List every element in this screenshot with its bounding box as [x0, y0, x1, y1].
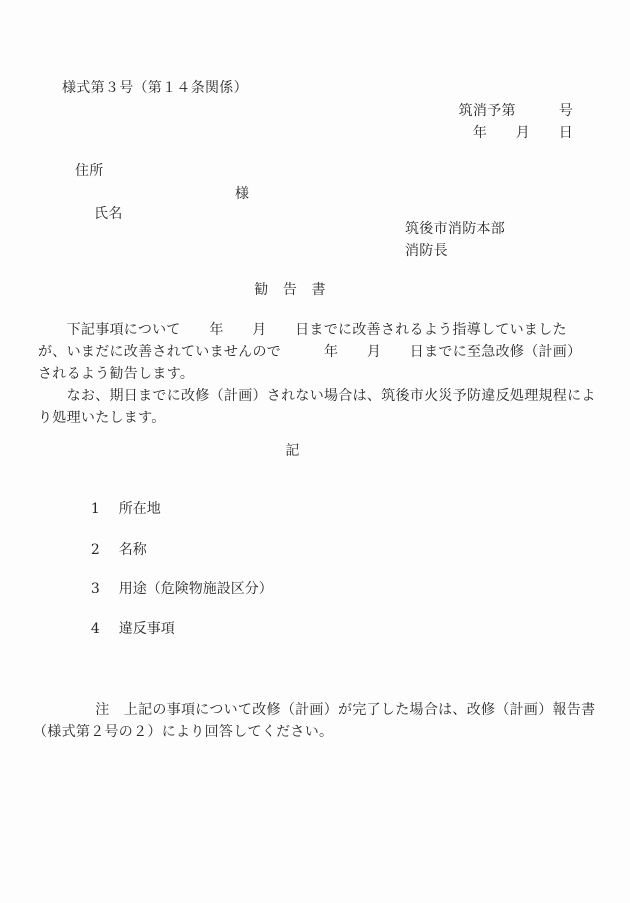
document-number-line: 筑消予第 号	[459, 101, 573, 121]
honorific-label: 様	[235, 184, 249, 204]
body-line: されるよう勧告します。	[38, 363, 598, 385]
list-item-violation: 4違反事項	[73, 599, 175, 659]
note-line: 注 上記の事項について改修（計画）が完了した場合は、改修（計画）報告書	[38, 700, 595, 720]
sender-organization: 筑後市消防本部	[405, 219, 505, 239]
body-line: なお、期日までに改修（計画）されない場合は、筑後市火災予防違反処理規程によ	[38, 385, 598, 407]
sender-title: 消防長	[405, 241, 448, 261]
item-number: 1	[91, 501, 100, 517]
name-line: 氏名 様	[75, 184, 375, 264]
item-number: 4	[91, 621, 100, 637]
date-line: 年 月 日	[473, 123, 573, 143]
note-line: （様式第２号の２）により回答してください。	[33, 722, 333, 742]
document-title: 勧 告 書	[0, 280, 580, 300]
document-page: 様式第３号（第１４条関係） 筑消予第 号 年 月 日 住所 氏名 様 筑後市消防…	[0, 0, 630, 903]
body-line: 下記事項について 年 月 日までに改善されるよう指導していました	[38, 319, 598, 341]
name-label: 氏名	[94, 206, 123, 222]
item-label: 名称	[119, 542, 147, 558]
item-label: 違反事項	[119, 621, 175, 637]
form-number: 様式第３号（第１４条関係）	[62, 78, 248, 98]
record-marker: 記	[0, 441, 585, 461]
item-label: 所在地	[119, 501, 161, 517]
body-line: が、いまだに改善されていませんので 年 月 日までに至急改修（計画）	[38, 341, 598, 363]
address-label: 住所	[75, 161, 104, 181]
item-label: 用途（危険物施設区分）	[119, 581, 273, 597]
body-paragraphs: 下記事項について 年 月 日までに改善されるよう指導していました が、いまだに改…	[38, 319, 598, 429]
body-line: り処理いたします。	[38, 407, 598, 429]
item-number: 2	[91, 542, 100, 558]
item-number: 3	[91, 581, 100, 597]
